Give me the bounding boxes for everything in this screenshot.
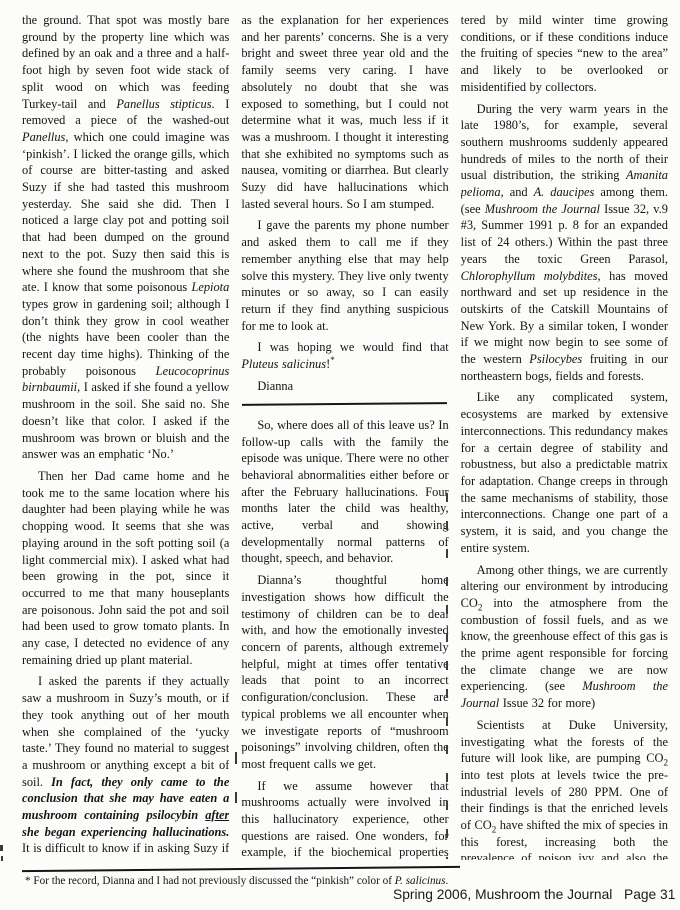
paragraph: Dianna’s thoughtful home investigation s… [241,572,448,772]
footnote: * For the record, Dianna and I had not p… [25,874,457,888]
paragraph: I gave the parents my phone number and a… [241,217,448,334]
text-segment: . [445,875,448,887]
text-segment: Panellus stipticus [116,97,211,111]
paragraph: I was hoping we would find that Pluteus … [241,339,448,372]
paragraph: If we assume however that mushrooms actu… [241,778,448,860]
text-segment: 2 [663,758,668,768]
document-page: the ground. That spot was mostly bare gr… [0,0,680,910]
text-column-1: the ground. That spot was mostly bare gr… [22,12,229,860]
text-segment: , which one could imagine was ‘pinkish’.… [22,130,229,294]
text-segment: Mushroom the Journal [485,202,600,216]
scan-artifact [235,792,237,803]
text-segment: I asked the parents if they actually saw… [22,674,229,788]
scan-artifact [446,493,448,859]
text-segment: In fact, they only came to the conclusio… [22,775,229,822]
paragraph: Then her Dad came home and he took me to… [22,468,229,668]
section-divider [242,403,447,407]
paragraph: So, where does all of this leave us? In … [241,417,448,567]
text-segment: Like any complicated system, ecosystems … [461,390,668,554]
text-segment: Dianna’s thoughtful home investigation s… [241,573,448,771]
scan-artifact [235,752,237,764]
text-segment: as the explanation for her experiences a… [241,13,448,211]
text-segment: tered by mild winter time growing condit… [461,13,668,94]
text-segment: * For the record, Dianna and I had not p… [25,875,395,887]
paragraph: Dianna [241,378,448,395]
text-segment: P. salicinus [395,875,446,887]
text-segment: after [205,808,229,822]
text-columns: the ground. That spot was mostly bare gr… [22,12,668,860]
text-segment: Panellus [22,130,65,144]
text-column-3: tered by mild winter time growing condit… [461,12,668,860]
footnote-divider [22,866,460,872]
paragraph: During the very warm years in the late 1… [461,101,668,385]
text-segment: Then her Dad came home and he took me to… [22,469,229,667]
text-segment: she began experiencing hallucinations. [22,825,229,839]
text-segment: It is difficult to know if in asking Suz… [22,841,229,860]
paragraph: Scientists at Duke University, investiga… [461,717,668,860]
footer-page-number: Page 31 [624,887,675,902]
text-segment: Chlorophyllum molybdites [461,269,598,283]
text-segment: If we assume however that mushrooms actu… [241,779,448,860]
paragraph: as the explanation for her experiences a… [241,12,448,212]
text-column-2: as the explanation for her experiences a… [241,12,448,860]
text-segment: Psilocybes [529,352,582,366]
text-segment: Scientists at Duke University, investiga… [461,718,668,765]
paragraph: Among other things, we are currently alt… [461,562,668,712]
text-segment: Issue 32 for more) [499,696,595,710]
text-segment: I gave the parents my phone number and a… [241,218,448,332]
scan-artifact [1,856,3,861]
paragraph: the ground. That spot was mostly bare gr… [22,12,229,463]
text-segment: So, where does all of this leave us? In … [241,418,448,566]
paragraph: Like any complicated system, ecosystems … [461,389,668,556]
text-segment: * [330,355,335,365]
text-segment: A. daucipes [534,185,595,199]
text-segment: Dianna [257,379,293,393]
text-segment: Lepiota [191,280,229,294]
text-segment: , and [501,185,534,199]
scan-artifact [0,845,3,851]
text-segment: I was hoping we would find that [257,340,448,354]
paragraph: tered by mild winter time growing condit… [461,12,668,96]
footer-journal-title: Spring 2006, Mushroom the Journal [393,887,612,902]
text-segment: Pluteus salicinus [241,357,326,371]
paragraph: I asked the parents if they actually saw… [22,673,229,860]
